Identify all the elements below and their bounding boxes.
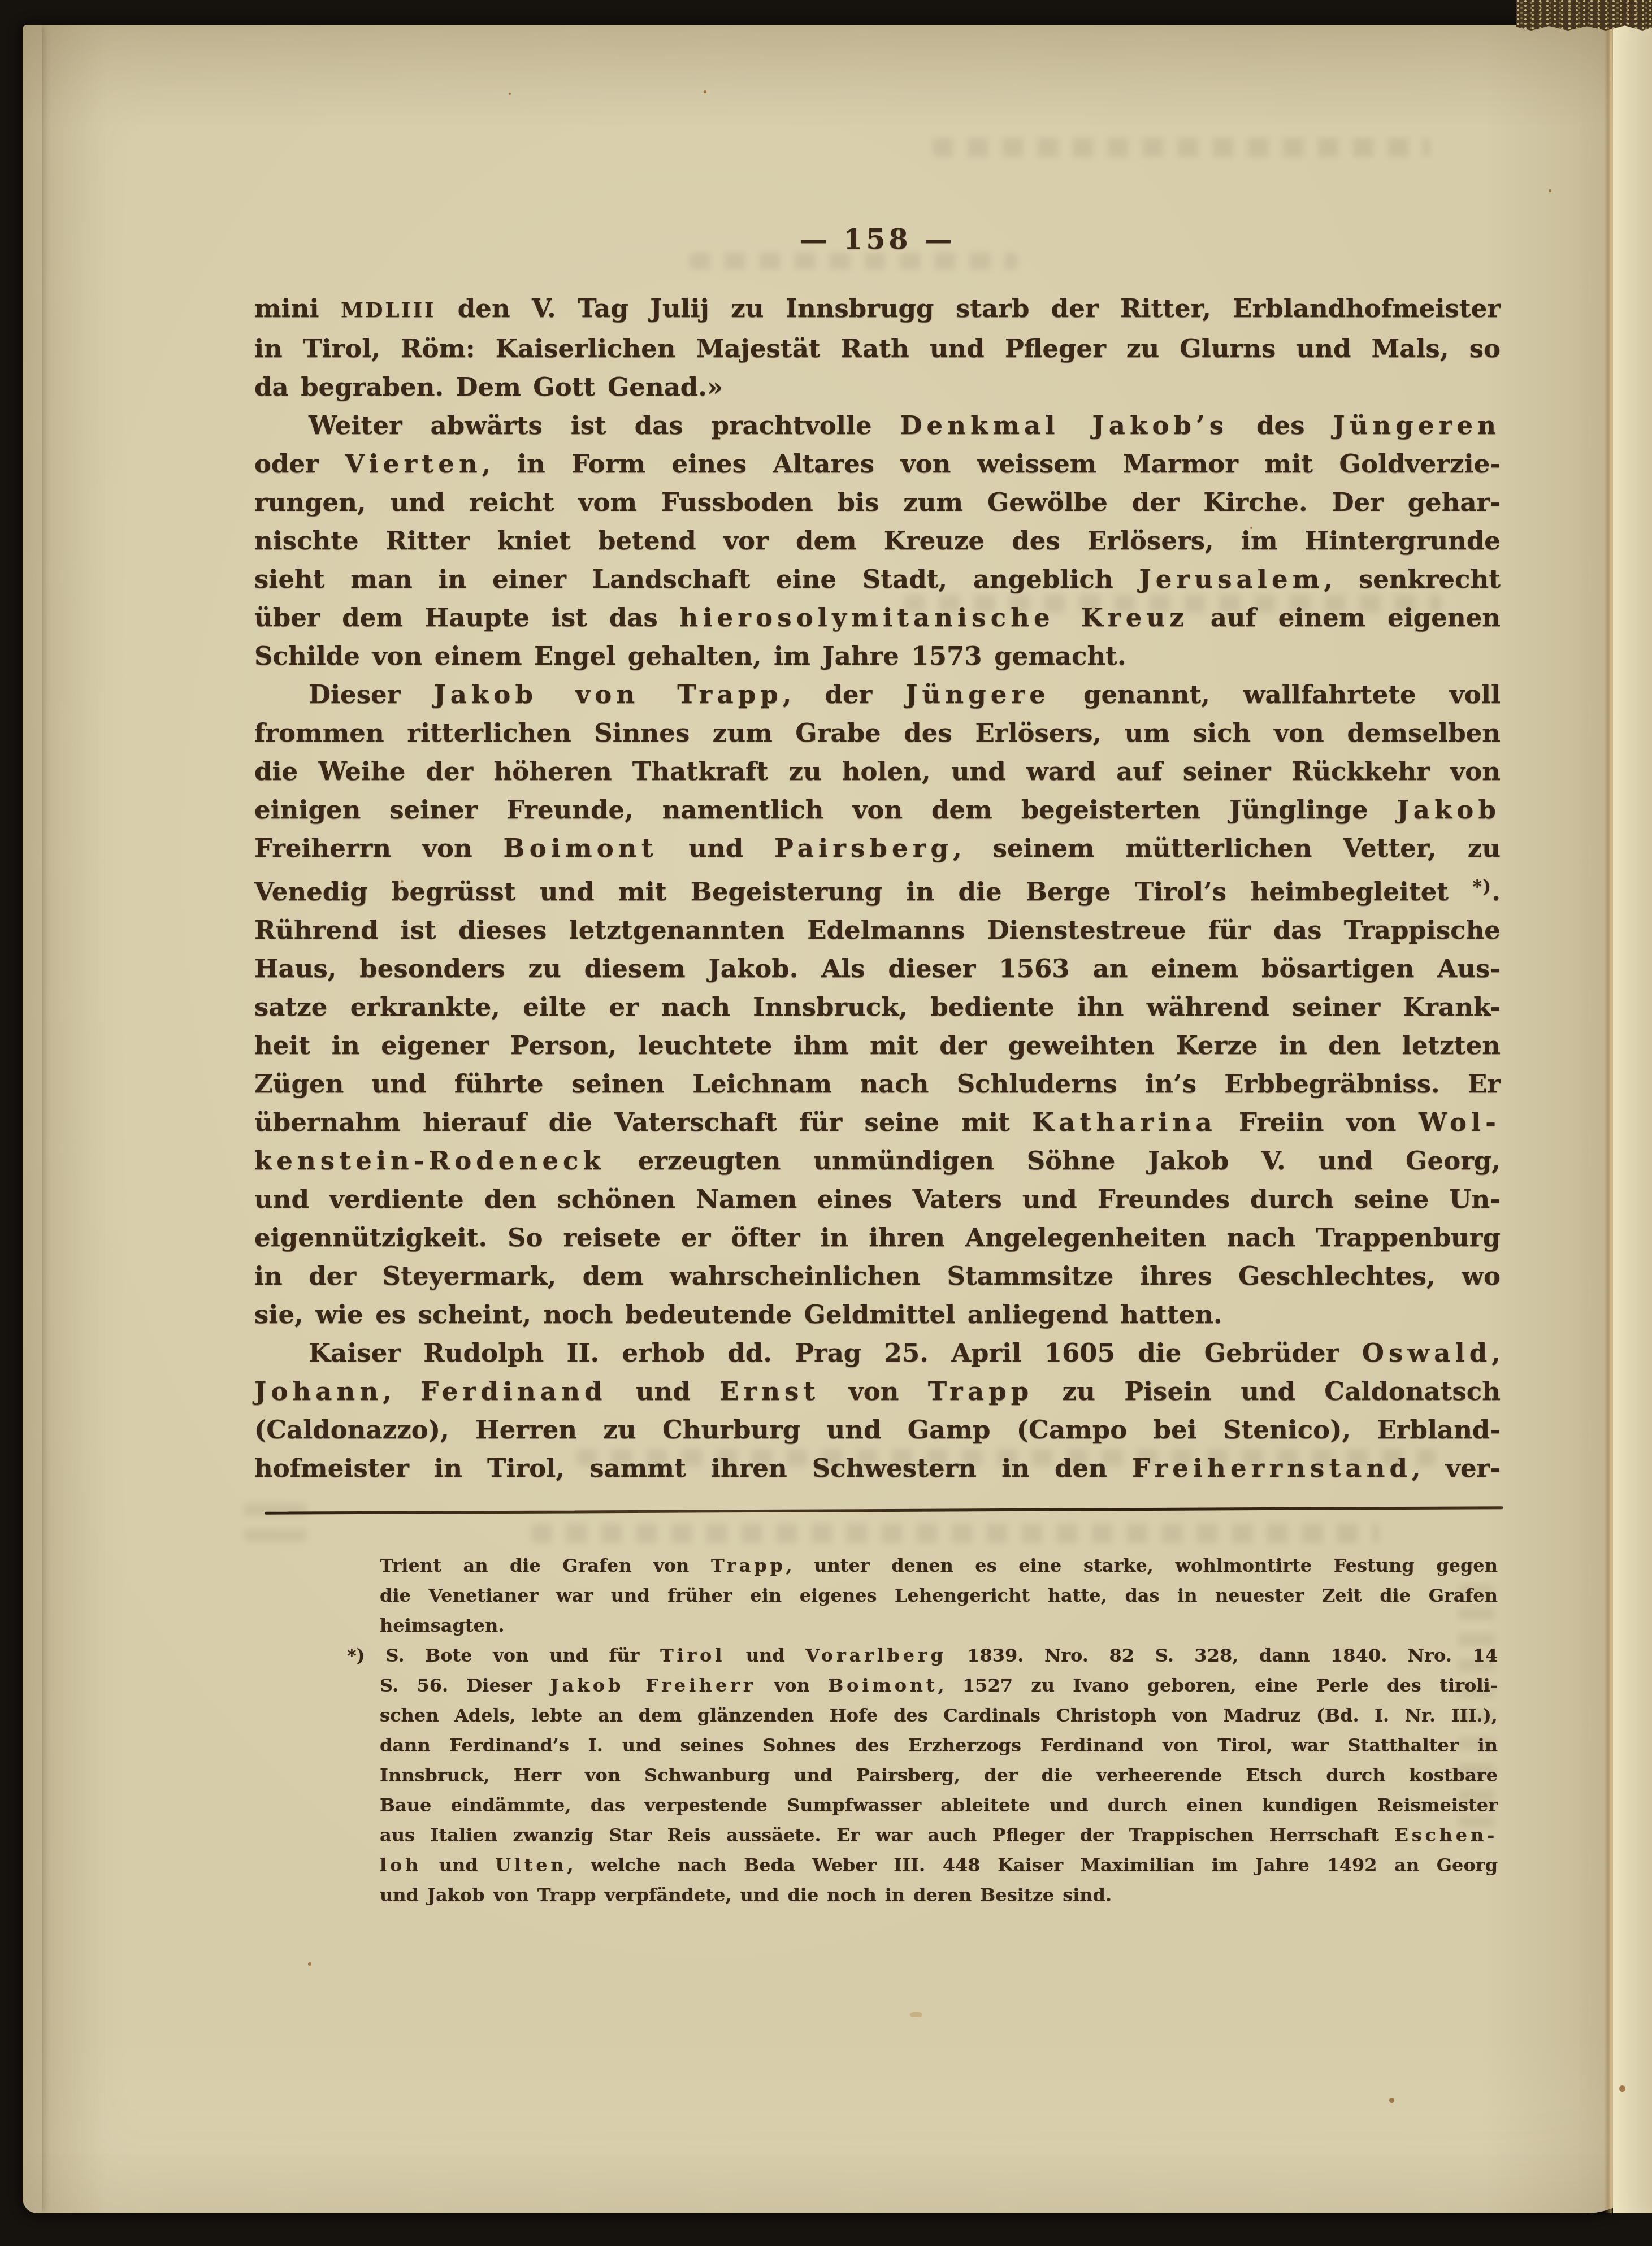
footnote-line: loh und Ulten, welche nach Beda Weber II… (380, 1850, 1498, 1880)
foxing-spot (308, 1962, 311, 1966)
text-line: satze erkrankte, eilte er nach Innsbruck… (254, 988, 1501, 1026)
footnote-line: *) S. Bote von und für Tirol und Vorarlb… (380, 1641, 1498, 1671)
text-line: mini MDLIII den V. Tag Julij zu Innsbrug… (254, 289, 1501, 329)
text-line: kenstein-Rodeneck erzeugten unmündigen S… (254, 1142, 1501, 1180)
text-line: übernahm hierauf die Vaterschaft für sei… (254, 1103, 1501, 1142)
footnote-continuation: Trient an die Grafen von Trapp, unter de… (380, 1551, 1498, 1641)
text-line: Schilde von einem Engel gehalten, im Jah… (254, 637, 1501, 675)
text-line: Kaiser Rudolph II. erhob dd. Prag 25. Ap… (254, 1334, 1501, 1372)
text-line: Johann, Ferdinand und Ernst von Trapp zu… (254, 1372, 1501, 1411)
text-line: Haus, besonders zu diesem Jakob. Als die… (254, 949, 1501, 988)
footnote-line: Trient an die Grafen von Trapp, unter de… (380, 1551, 1498, 1581)
page-sheet: — 158 — mini MDLIII den V. Tag Julij zu … (23, 25, 1652, 2213)
text-line: frommen ritterlichen Sinnes zum Grabe de… (254, 714, 1501, 752)
footnote-line: die Venetianer war und früher ein eigene… (380, 1581, 1498, 1611)
foxing-spot (1549, 189, 1551, 192)
text-line: rungen, und reicht vom Fussboden bis zum… (254, 483, 1501, 522)
text-line: die Weihe der höheren Thatkraft zu holen… (254, 752, 1501, 791)
page-stack-edge (23, 25, 42, 2213)
page-number: — 158 — (254, 223, 1501, 255)
foxing-spot (509, 93, 511, 95)
text-line: hofmeister in Tirol, sammt ihren Schwest… (254, 1449, 1501, 1488)
foxing-spot (704, 90, 706, 93)
footnote-rule (265, 1506, 1503, 1515)
footnote-line: heimsagten. (380, 1611, 1498, 1641)
text-line: einigen seiner Freunde, namentlich von d… (254, 791, 1501, 829)
book-scan: — 158 — mini MDLIII den V. Tag Julij zu … (0, 0, 1652, 2246)
text-line: heit in eigener Person, leuchtete ihm mi… (254, 1026, 1501, 1065)
text-line: Zügen und führte seinen Leichnam nach Sc… (254, 1065, 1501, 1103)
text-line: Weiter abwärts ist das prachtvolle Denkm… (254, 406, 1501, 445)
footnote-line: Baue eindämmte, das verpestende Sumpfwas… (380, 1790, 1498, 1820)
foxing-spot (1619, 2085, 1625, 2092)
text-line: da begraben. Dem Gott Genad.» (254, 368, 1501, 406)
text-line: eigennützigkeit. So reisete er öfter in … (254, 1219, 1501, 1257)
text-line: Freiherrn von Boimont und Pairsberg, sei… (254, 829, 1501, 868)
text-line: über dem Haupte ist das hierosolymitanis… (254, 599, 1501, 637)
text-line: (Caldonazzo), Herren zu Churburg und Gam… (254, 1411, 1501, 1449)
footnote-line: aus Italien zwanzig Star Reis aussäete. … (380, 1820, 1498, 1850)
binding-fabric (1516, 0, 1652, 31)
showthrough-ghost (244, 1493, 306, 1542)
footnote-block: Trient an die Grafen von Trapp, unter de… (347, 1551, 1498, 1910)
page-fold-edge (1613, 25, 1652, 2213)
foxing-spot (910, 2012, 922, 2017)
text-line: in der Steyermark, dem wahrscheinlichen … (254, 1257, 1501, 1295)
text-line: Rührend ist dieses letztgenannten Edelma… (254, 911, 1501, 949)
text-line: in Tirol, Röm: Kaiserlichen Majestät Rat… (254, 329, 1501, 368)
footnote-line: schen Adels, lebte an dem glänzenden Hof… (380, 1701, 1498, 1731)
gutter-crease (1604, 25, 1613, 2213)
text-line: Venedig begrüsst und mit Begeisterung in… (254, 868, 1501, 911)
footnote-entry: *) S. Bote von und für Tirol und Vorarlb… (380, 1641, 1498, 1910)
text-line: und verdiente den schönen Namen eines Va… (254, 1180, 1501, 1219)
text-line: oder Vierten, in Form eines Altares von … (254, 445, 1501, 483)
showthrough-ghost (531, 1524, 1379, 1543)
showthrough-ghost (933, 138, 1430, 157)
text-line: Dieser Jakob von Trapp, der Jüngere gena… (254, 675, 1501, 714)
footnote-line: S. 56. Dieser Jakob Freiherr von Boimont… (380, 1671, 1498, 1701)
text-line: sie, wie es scheint, noch bedeutende Gel… (254, 1295, 1501, 1334)
text-line: nischte Ritter kniet betend vor dem Kreu… (254, 522, 1501, 560)
main-text: mini MDLIII den V. Tag Julij zu Innsbrug… (254, 289, 1501, 1488)
text-line: sieht man in einer Landschaft eine Stadt… (254, 560, 1501, 599)
footnote-line: und Jakob von Trapp verpfändete, und die… (380, 1880, 1498, 1910)
footnote-line: Innsbruck, Herr von Schwanburg und Pairs… (380, 1761, 1498, 1790)
foxing-spot (1389, 2098, 1394, 2103)
footnote-line: dann Ferdinand’s I. und seines Sohnes de… (380, 1731, 1498, 1761)
